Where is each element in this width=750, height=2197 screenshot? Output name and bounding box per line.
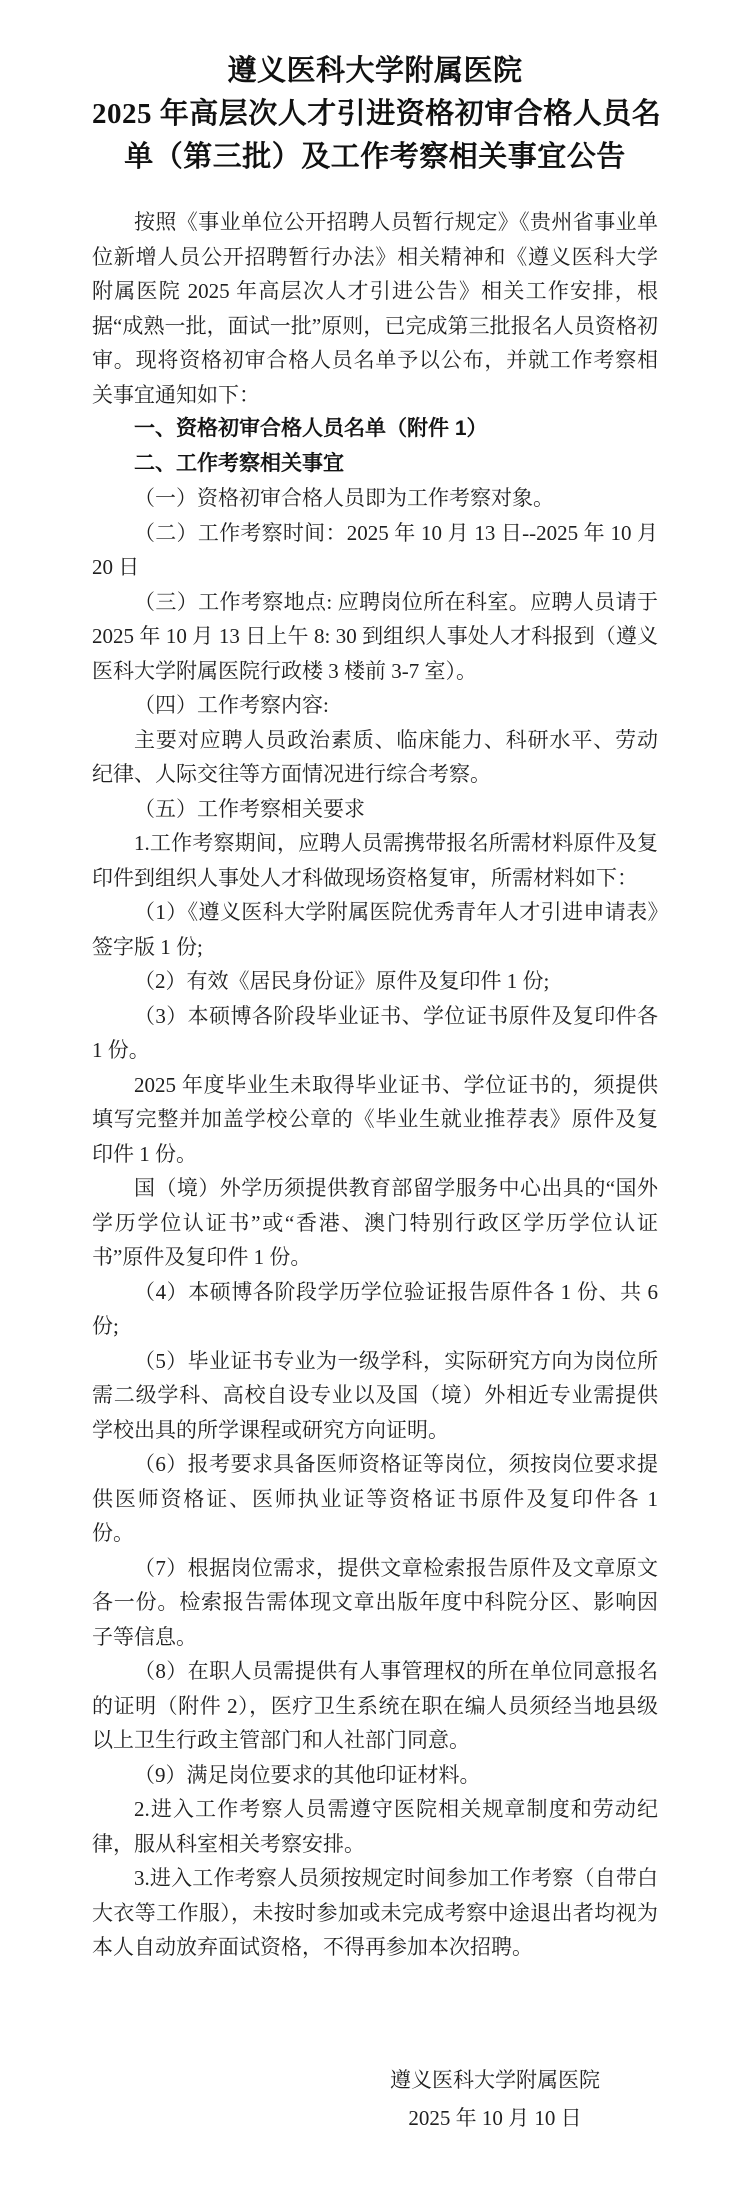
signature-date: 2025 年 10 月 10 日	[390, 2099, 600, 2137]
announcement-page: 遵义医科大学附属医院2025 年高层次人才引进资格初审合格人员名单（第三批）及工…	[0, 0, 750, 2197]
title-line: 遵义医科大学附属医院	[92, 50, 658, 93]
paragraph: 3.进入工作考察人员须按规定时间参加工作考察（自带白大衣等工作服），未按时参加或…	[92, 1861, 658, 1965]
paragraph: 主要对应聘人员政治素质、临床能力、科研水平、劳动纪律、人际交往等方面情况进行综合…	[92, 723, 658, 792]
paragraph: （3）本硕博各阶段毕业证书、学位证书原件及复印件各 1 份。	[92, 999, 658, 1068]
paragraph: （一）资格初审合格人员即为工作考察对象。	[92, 481, 658, 516]
paragraph: （四）工作考察内容:	[92, 688, 658, 723]
paragraph: （8）在职人员需提供有人事管理权的所在单位同意报名的证明（附件 2），医疗卫生系…	[92, 1654, 658, 1758]
paragraph: （7）根据岗位需求，提供文章检索报告原件及文章原文各一份。检索报告需体现文章出版…	[92, 1551, 658, 1655]
paragraph: 按照《事业单位公开招聘人员暂行规定》《贵州省事业单位新增人员公开招聘暂行办法》相…	[92, 205, 658, 412]
paragraph: （6）报考要求具备医师资格证等岗位，须按岗位要求提供医师资格证、医师执业证等资格…	[92, 1447, 658, 1551]
section-heading: 一、资格初审合格人员名单（附件 1）	[92, 412, 658, 447]
title-line: 单（第三批）及工作考察相关事宜公告	[92, 136, 658, 179]
title-line: 2025 年高层次人才引进资格初审合格人员名	[92, 93, 658, 136]
paragraph: 2025 年度毕业生未取得毕业证书、学位证书的，须提供填写完整并加盖学校公章的《…	[92, 1068, 658, 1172]
paragraph: 1.工作考察期间，应聘人员需携带报名所需材料原件及复印件到组织人事处人才科做现场…	[92, 826, 658, 895]
signature-block: 遵义医科大学附属医院 2025 年 10 月 10 日	[390, 2061, 600, 2137]
paragraph: （2）有效《居民身份证》原件及复印件 1 份;	[92, 964, 658, 999]
section-heading: 二、工作考察相关事宜	[92, 447, 658, 482]
paragraph: （5）毕业证书专业为一级学科，实际研究方向为岗位所需二级学科、高校自设专业以及国…	[92, 1344, 658, 1448]
paragraph: （五）工作考察相关要求	[92, 792, 658, 827]
paragraph: （二）工作考察时间：2025 年 10 月 13 日--2025 年 10 月 …	[92, 516, 658, 585]
document-body: 按照《事业单位公开招聘人员暂行规定》《贵州省事业单位新增人员公开招聘暂行办法》相…	[92, 205, 658, 1965]
paragraph: 2.进入工作考察人员需遵守医院相关规章制度和劳动纪律，服从科室相关考察安排。	[92, 1792, 658, 1861]
paragraph: （9）满足岗位要求的其他印证材料。	[92, 1758, 658, 1793]
paragraph: 国（境）外学历须提供教育部留学服务中心出具的“国外学历学位认证书”或“香港、澳门…	[92, 1171, 658, 1275]
paragraph: （1）《遵义医科大学附属医院优秀青年人才引进申请表》签字版 1 份;	[92, 895, 658, 964]
paragraph: （三）工作考察地点: 应聘岗位所在科室。应聘人员请于 2025 年 10 月 1…	[92, 585, 658, 689]
paragraph: （4）本硕博各阶段学历学位验证报告原件各 1 份、共 6 份;	[92, 1275, 658, 1344]
signature-org: 遵义医科大学附属医院	[390, 2061, 600, 2099]
document-title: 遵义医科大学附属医院2025 年高层次人才引进资格初审合格人员名单（第三批）及工…	[92, 50, 658, 179]
